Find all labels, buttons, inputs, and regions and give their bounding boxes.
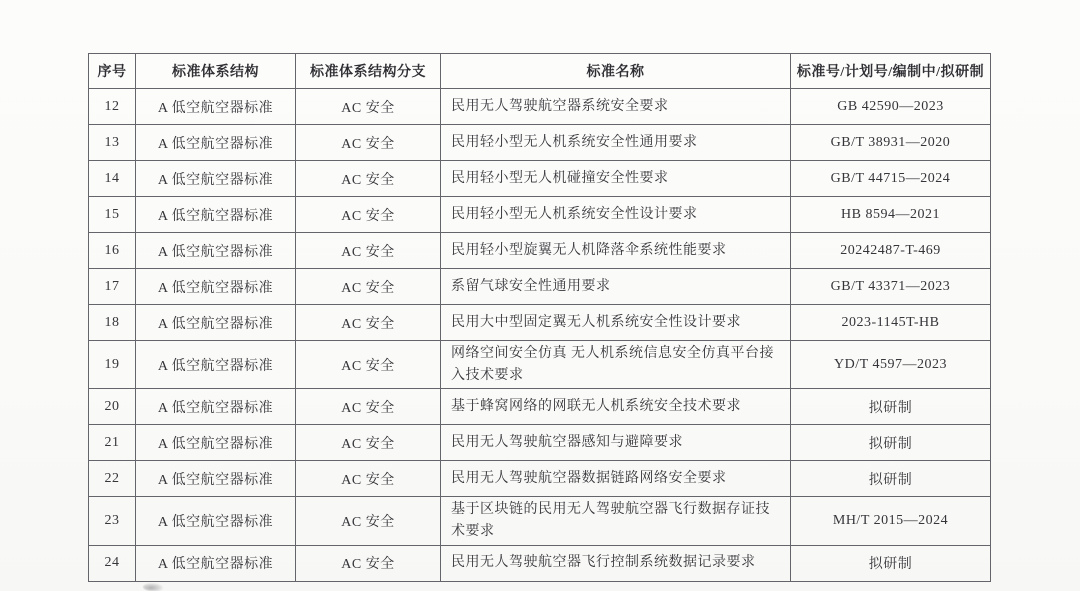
cell-system-structure: A 低空航空器标准 xyxy=(136,233,296,269)
cell-system-structure: A 低空航空器标准 xyxy=(136,425,296,461)
cell-serial-no: 24 xyxy=(89,545,136,581)
table-row: 14 A 低空航空器标准 AC 安全 民用轻小型无人机碰撞安全性要求 GB/T … xyxy=(89,161,991,197)
cell-standard-name: 民用轻小型无人机系统安全性设计要求 xyxy=(441,197,791,233)
cell-system-branch: AC 安全 xyxy=(296,197,441,233)
cell-serial-no: 23 xyxy=(89,497,136,545)
table-row: 24 A 低空航空器标准 AC 安全 民用无人驾驶航空器飞行控制系统数据记录要求… xyxy=(89,545,991,581)
cell-standard-code: 拟研制 xyxy=(791,425,991,461)
cell-system-branch: AC 安全 xyxy=(296,269,441,305)
standards-table-body: 12 A 低空航空器标准 AC 安全 民用无人驾驶航空器系统安全要求 GB 42… xyxy=(89,89,991,582)
table-row: 23 A 低空航空器标准 AC 安全 基于区块链的民用无人驾驶航空器飞行数据存证… xyxy=(89,497,991,545)
cell-system-structure: A 低空航空器标准 xyxy=(136,341,296,389)
table-row: 21 A 低空航空器标准 AC 安全 民用无人驾驶航空器感知与避障要求 拟研制 xyxy=(89,425,991,461)
cell-standard-code: YD/T 4597—2023 xyxy=(791,341,991,389)
cell-standard-code: 拟研制 xyxy=(791,545,991,581)
table-row: 22 A 低空航空器标准 AC 安全 民用无人驾驶航空器数据链路网络安全要求 拟… xyxy=(89,461,991,497)
cell-standard-code: 拟研制 xyxy=(791,389,991,425)
cell-system-branch: AC 安全 xyxy=(296,425,441,461)
cell-standard-name: 民用轻小型无人机碰撞安全性要求 xyxy=(441,161,791,197)
cell-serial-no: 20 xyxy=(89,389,136,425)
cell-serial-no: 16 xyxy=(89,233,136,269)
cell-serial-no: 19 xyxy=(89,341,136,389)
cell-system-structure: A 低空航空器标准 xyxy=(136,305,296,341)
standards-table-header: 序号 标准体系结构 标准体系结构分支 标准名称 标准号/计划号/编制中/拟研制 xyxy=(89,54,991,89)
cell-serial-no: 21 xyxy=(89,425,136,461)
cell-standard-name: 民用大中型固定翼无人机系统安全性设计要求 xyxy=(441,305,791,341)
cell-standard-name: 民用无人驾驶航空器数据链路网络安全要求 xyxy=(441,461,791,497)
cell-system-structure: A 低空航空器标准 xyxy=(136,125,296,161)
cell-serial-no: 22 xyxy=(89,461,136,497)
cell-standard-code: 2023-1145T-HB xyxy=(791,305,991,341)
cell-system-structure: A 低空航空器标准 xyxy=(136,89,296,125)
column-header-standard-code: 标准号/计划号/编制中/拟研制 xyxy=(791,54,991,89)
cell-serial-no: 12 xyxy=(89,89,136,125)
cell-standard-code: 拟研制 xyxy=(791,461,991,497)
cell-standard-code: MH/T 2015—2024 xyxy=(791,497,991,545)
cell-system-structure: A 低空航空器标准 xyxy=(136,497,296,545)
cell-serial-no: 13 xyxy=(89,125,136,161)
table-row: 20 A 低空航空器标准 AC 安全 基于蜂窝网络的网联无人机系统安全技术要求 … xyxy=(89,389,991,425)
column-header-system-structure: 标准体系结构 xyxy=(136,54,296,89)
cell-standard-name: 民用无人驾驶航空器系统安全要求 xyxy=(441,89,791,125)
cell-system-branch: AC 安全 xyxy=(296,89,441,125)
cell-standard-name: 民用轻小型无人机系统安全性通用要求 xyxy=(441,125,791,161)
standards-table: 序号 标准体系结构 标准体系结构分支 标准名称 标准号/计划号/编制中/拟研制 … xyxy=(88,53,991,582)
column-header-standard-name: 标准名称 xyxy=(441,54,791,89)
cell-standard-name: 民用无人驾驶航空器飞行控制系统数据记录要求 xyxy=(441,545,791,581)
cell-system-branch: AC 安全 xyxy=(296,389,441,425)
column-header-system-branch: 标准体系结构分支 xyxy=(296,54,441,89)
cell-standard-name: 网络空间安全仿真 无人机系统信息安全仿真平台接入技术要求 xyxy=(441,341,791,389)
table-row: 13 A 低空航空器标准 AC 安全 民用轻小型无人机系统安全性通用要求 GB/… xyxy=(89,125,991,161)
cell-system-branch: AC 安全 xyxy=(296,545,441,581)
cell-system-branch: AC 安全 xyxy=(296,125,441,161)
cell-system-branch: AC 安全 xyxy=(296,461,441,497)
cell-serial-no: 18 xyxy=(89,305,136,341)
cell-standard-name: 系留气球安全性通用要求 xyxy=(441,269,791,305)
table-row: 15 A 低空航空器标准 AC 安全 民用轻小型无人机系统安全性设计要求 HB … xyxy=(89,197,991,233)
cell-system-branch: AC 安全 xyxy=(296,341,441,389)
cell-system-structure: A 低空航空器标准 xyxy=(136,545,296,581)
cell-standard-code: HB 8594—2021 xyxy=(791,197,991,233)
cell-system-structure: A 低空航空器标准 xyxy=(136,269,296,305)
cell-standard-code: 20242487-T-469 xyxy=(791,233,991,269)
table-row: 17 A 低空航空器标准 AC 安全 系留气球安全性通用要求 GB/T 4337… xyxy=(89,269,991,305)
scan-smudge-artifact xyxy=(143,583,163,591)
table-row: 16 A 低空航空器标准 AC 安全 民用轻小型旋翼无人机降落伞系统性能要求 2… xyxy=(89,233,991,269)
cell-system-structure: A 低空航空器标准 xyxy=(136,461,296,497)
table-row: 18 A 低空航空器标准 AC 安全 民用大中型固定翼无人机系统安全性设计要求 … xyxy=(89,305,991,341)
cell-standard-code: GB/T 38931—2020 xyxy=(791,125,991,161)
cell-serial-no: 15 xyxy=(89,197,136,233)
cell-standard-name: 基于蜂窝网络的网联无人机系统安全技术要求 xyxy=(441,389,791,425)
header-row: 序号 标准体系结构 标准体系结构分支 标准名称 标准号/计划号/编制中/拟研制 xyxy=(89,54,991,89)
cell-serial-no: 17 xyxy=(89,269,136,305)
cell-standard-code: GB 42590—2023 xyxy=(791,89,991,125)
scanned-document-page: 序号 标准体系结构 标准体系结构分支 标准名称 标准号/计划号/编制中/拟研制 … xyxy=(0,0,1080,591)
cell-standard-code: GB/T 43371—2023 xyxy=(791,269,991,305)
cell-system-structure: A 低空航空器标准 xyxy=(136,161,296,197)
column-header-serial-no: 序号 xyxy=(89,54,136,89)
cell-standard-name: 民用轻小型旋翼无人机降落伞系统性能要求 xyxy=(441,233,791,269)
cell-system-structure: A 低空航空器标准 xyxy=(136,197,296,233)
cell-standard-name: 民用无人驾驶航空器感知与避障要求 xyxy=(441,425,791,461)
cell-system-branch: AC 安全 xyxy=(296,161,441,197)
cell-system-branch: AC 安全 xyxy=(296,233,441,269)
cell-standard-code: GB/T 44715—2024 xyxy=(791,161,991,197)
cell-system-branch: AC 安全 xyxy=(296,497,441,545)
cell-system-structure: A 低空航空器标准 xyxy=(136,389,296,425)
table-row: 12 A 低空航空器标准 AC 安全 民用无人驾驶航空器系统安全要求 GB 42… xyxy=(89,89,991,125)
cell-standard-name: 基于区块链的民用无人驾驶航空器飞行数据存证技术要求 xyxy=(441,497,791,545)
cell-serial-no: 14 xyxy=(89,161,136,197)
cell-system-branch: AC 安全 xyxy=(296,305,441,341)
table-row: 19 A 低空航空器标准 AC 安全 网络空间安全仿真 无人机系统信息安全仿真平… xyxy=(89,341,991,389)
